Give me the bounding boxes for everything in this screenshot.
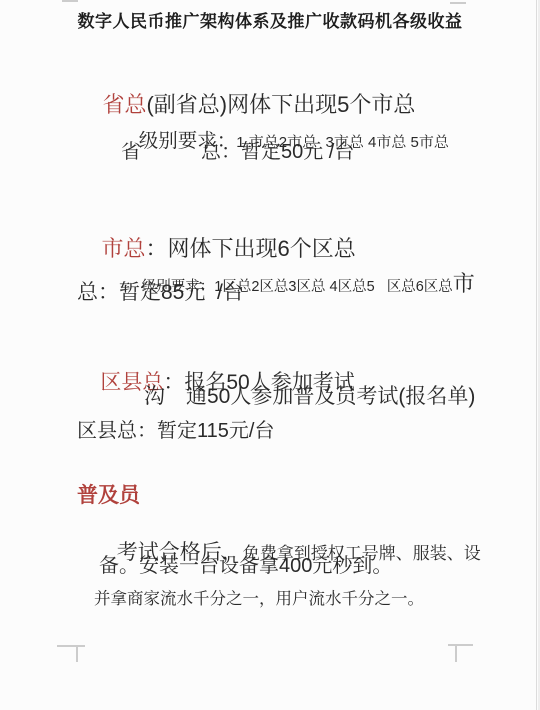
corner-mark-bottom-right-h	[448, 644, 473, 646]
city-price: 总：暂定85元 /台	[77, 280, 244, 306]
corner-mark-top-right	[450, 2, 466, 4]
district-price: 区县总：暂定115元/台	[77, 419, 274, 444]
city-requirement-tail: 市	[453, 271, 475, 296]
document-page: 数字人民币推广架构体系及推广收款码机各级收益 省总(副省总)网体下出现5个市总 …	[0, 0, 540, 710]
provincial-price: 省 总：暂定50元 /台	[121, 140, 354, 165]
document-title: 数字人民币推广架构体系及推广收款码机各级收益	[0, 11, 540, 32]
corner-mark-bottom-left-h	[57, 645, 85, 647]
page-edge-line	[536, 0, 537, 710]
corner-mark-top-left	[62, 0, 78, 2]
corner-mark-bottom-right-v	[455, 645, 457, 662]
promoter-line3: 并拿商家流水千分之一，用户流水千分之一。	[94, 589, 424, 610]
corner-mark-bottom-left-v	[76, 646, 78, 662]
district-line2: 沟 通50人参加普及员考试(报名单)	[144, 384, 475, 410]
promoter-line2: 备。安装一台设备拿400元秒到。	[99, 554, 392, 579]
promoter-heading: 普及员	[77, 483, 140, 509]
